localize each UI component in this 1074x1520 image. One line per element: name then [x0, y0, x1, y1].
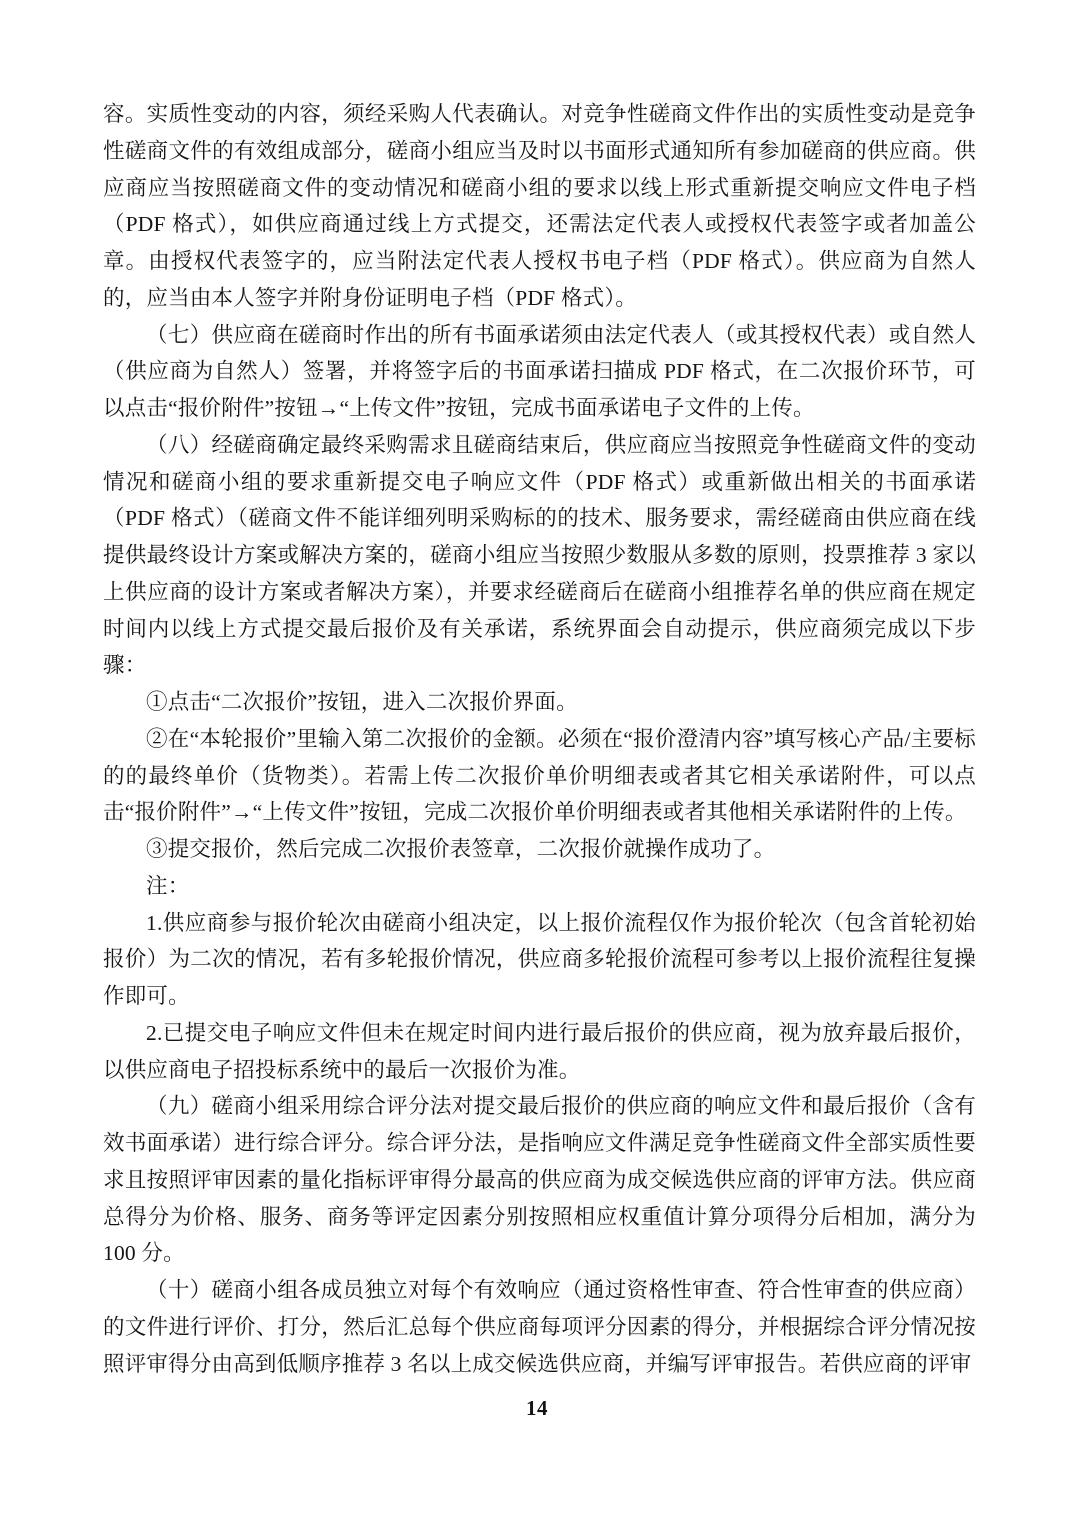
paragraph-item-7: （七）供应商在磋商时作出的所有书面承诺须由法定代表人（或其授权代表）或自然人（供… — [103, 317, 976, 427]
paragraph-step-2: ②在“本轮报价”里输入第二次报价的金额。必须在“报价澄清内容”填写核心产品/主要… — [103, 721, 976, 831]
paragraph-note-2: 2.已提交电子响应文件但未在规定时间内进行最后报价的供应商，视为放弃最后报价，以… — [103, 1015, 976, 1089]
paragraph-item-8: （八）经磋商确定最终采购需求且磋商结束后，供应商应当按照竞争性磋商文件的变动情况… — [103, 427, 976, 684]
paragraph-step-3: ③提交报价，然后完成二次报价表签章，二次报价就操作成功了。 — [103, 831, 976, 868]
page-footer: 14 — [0, 1396, 1074, 1421]
document-body: 容。实质性变动的内容，须经采购人代表确认。对竞争性磋商文件作出的实质性变动是竞争… — [103, 96, 976, 1382]
paragraph-item-10: （十）磋商小组各成员独立对每个有效响应（通过资格性审查、符合性审查的供应商）的文… — [103, 1272, 976, 1382]
note-label: 注： — [103, 868, 976, 905]
document-page: 容。实质性变动的内容，须经采购人代表确认。对竞争性磋商文件作出的实质性变动是竞争… — [0, 0, 1074, 1520]
paragraph-item-9: （九）磋商小组采用综合评分法对提交最后报价的供应商的响应文件和最后报价（含有效书… — [103, 1088, 976, 1272]
paragraph-note-1: 1.供应商参与报价轮次由磋商小组决定，以上报价流程仅作为报价轮次（包含首轮初始报… — [103, 905, 976, 1015]
paragraph-continuation: 容。实质性变动的内容，须经采购人代表确认。对竞争性磋商文件作出的实质性变动是竞争… — [103, 96, 976, 317]
paragraph-step-1: ①点击“二次报价”按钮，进入二次报价界面。 — [103, 684, 976, 721]
page-number: 14 — [526, 1396, 548, 1420]
